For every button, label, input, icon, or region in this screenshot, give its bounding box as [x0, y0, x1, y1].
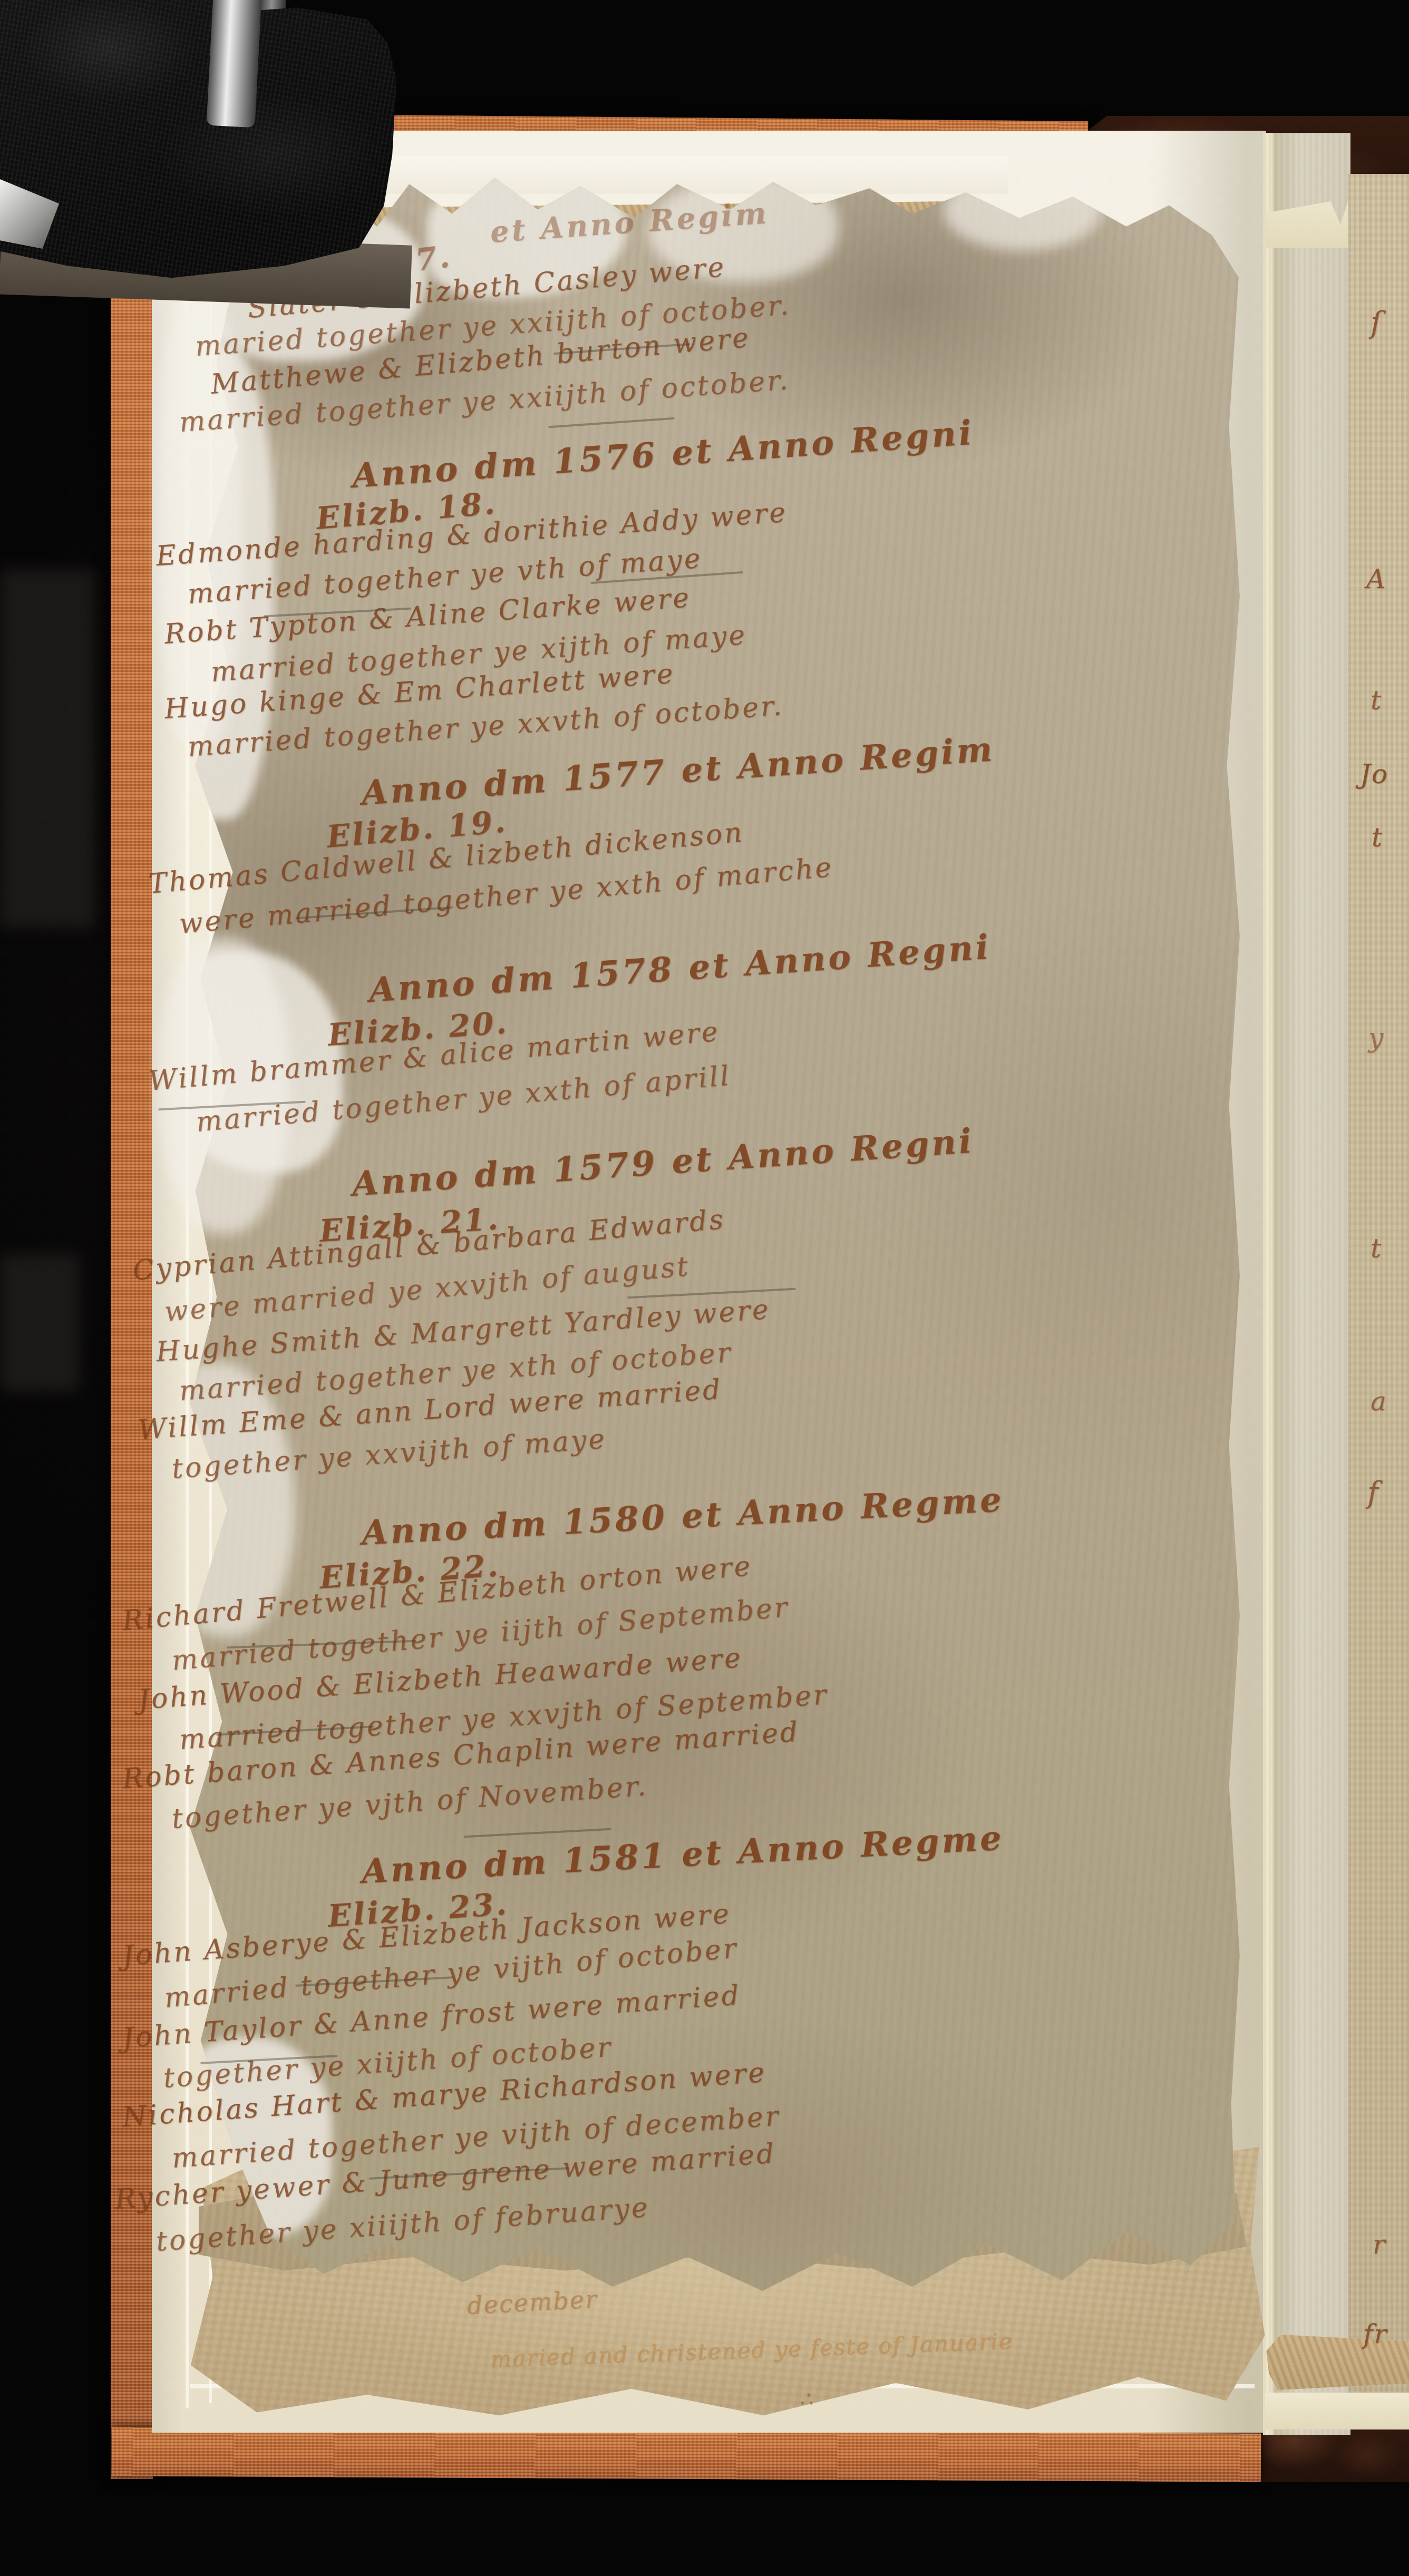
- cover-edge-bottom: [112, 2427, 1261, 2482]
- facing-page-letter: t: [1372, 822, 1383, 853]
- gutter-guard-strip: [1263, 133, 1350, 2435]
- facing-page-letter: t: [1371, 1233, 1382, 1264]
- facing-page-letter: ſ: [1371, 306, 1383, 340]
- faded-ink-dots: ∴: [799, 2387, 813, 2412]
- facing-page-letter: y: [1368, 1022, 1384, 1053]
- black-fabric-clamp: [0, 0, 401, 290]
- background-felt-patch: [0, 1254, 79, 1391]
- facing-page-letter: A: [1366, 564, 1386, 594]
- facing-page-letter: fr: [1363, 2319, 1387, 2349]
- background-felt-patch: [0, 569, 95, 928]
- photo-of-parish-register: et Anno Regim Eliz. 17. Slater & Elizbet…: [0, 0, 1409, 2576]
- facing-page-letter: r: [1373, 2229, 1386, 2260]
- facing-page-letter: a: [1371, 1386, 1387, 1417]
- facing-page-letter: f: [1367, 1476, 1379, 1510]
- facing-page-bottom-edge: [1265, 2393, 1409, 2429]
- clamp-metal-rod: [206, 0, 261, 128]
- facing-page-sliver: [1348, 174, 1409, 2406]
- facing-page-letter: t: [1371, 685, 1382, 716]
- facing-page-letter: Jo: [1360, 759, 1388, 789]
